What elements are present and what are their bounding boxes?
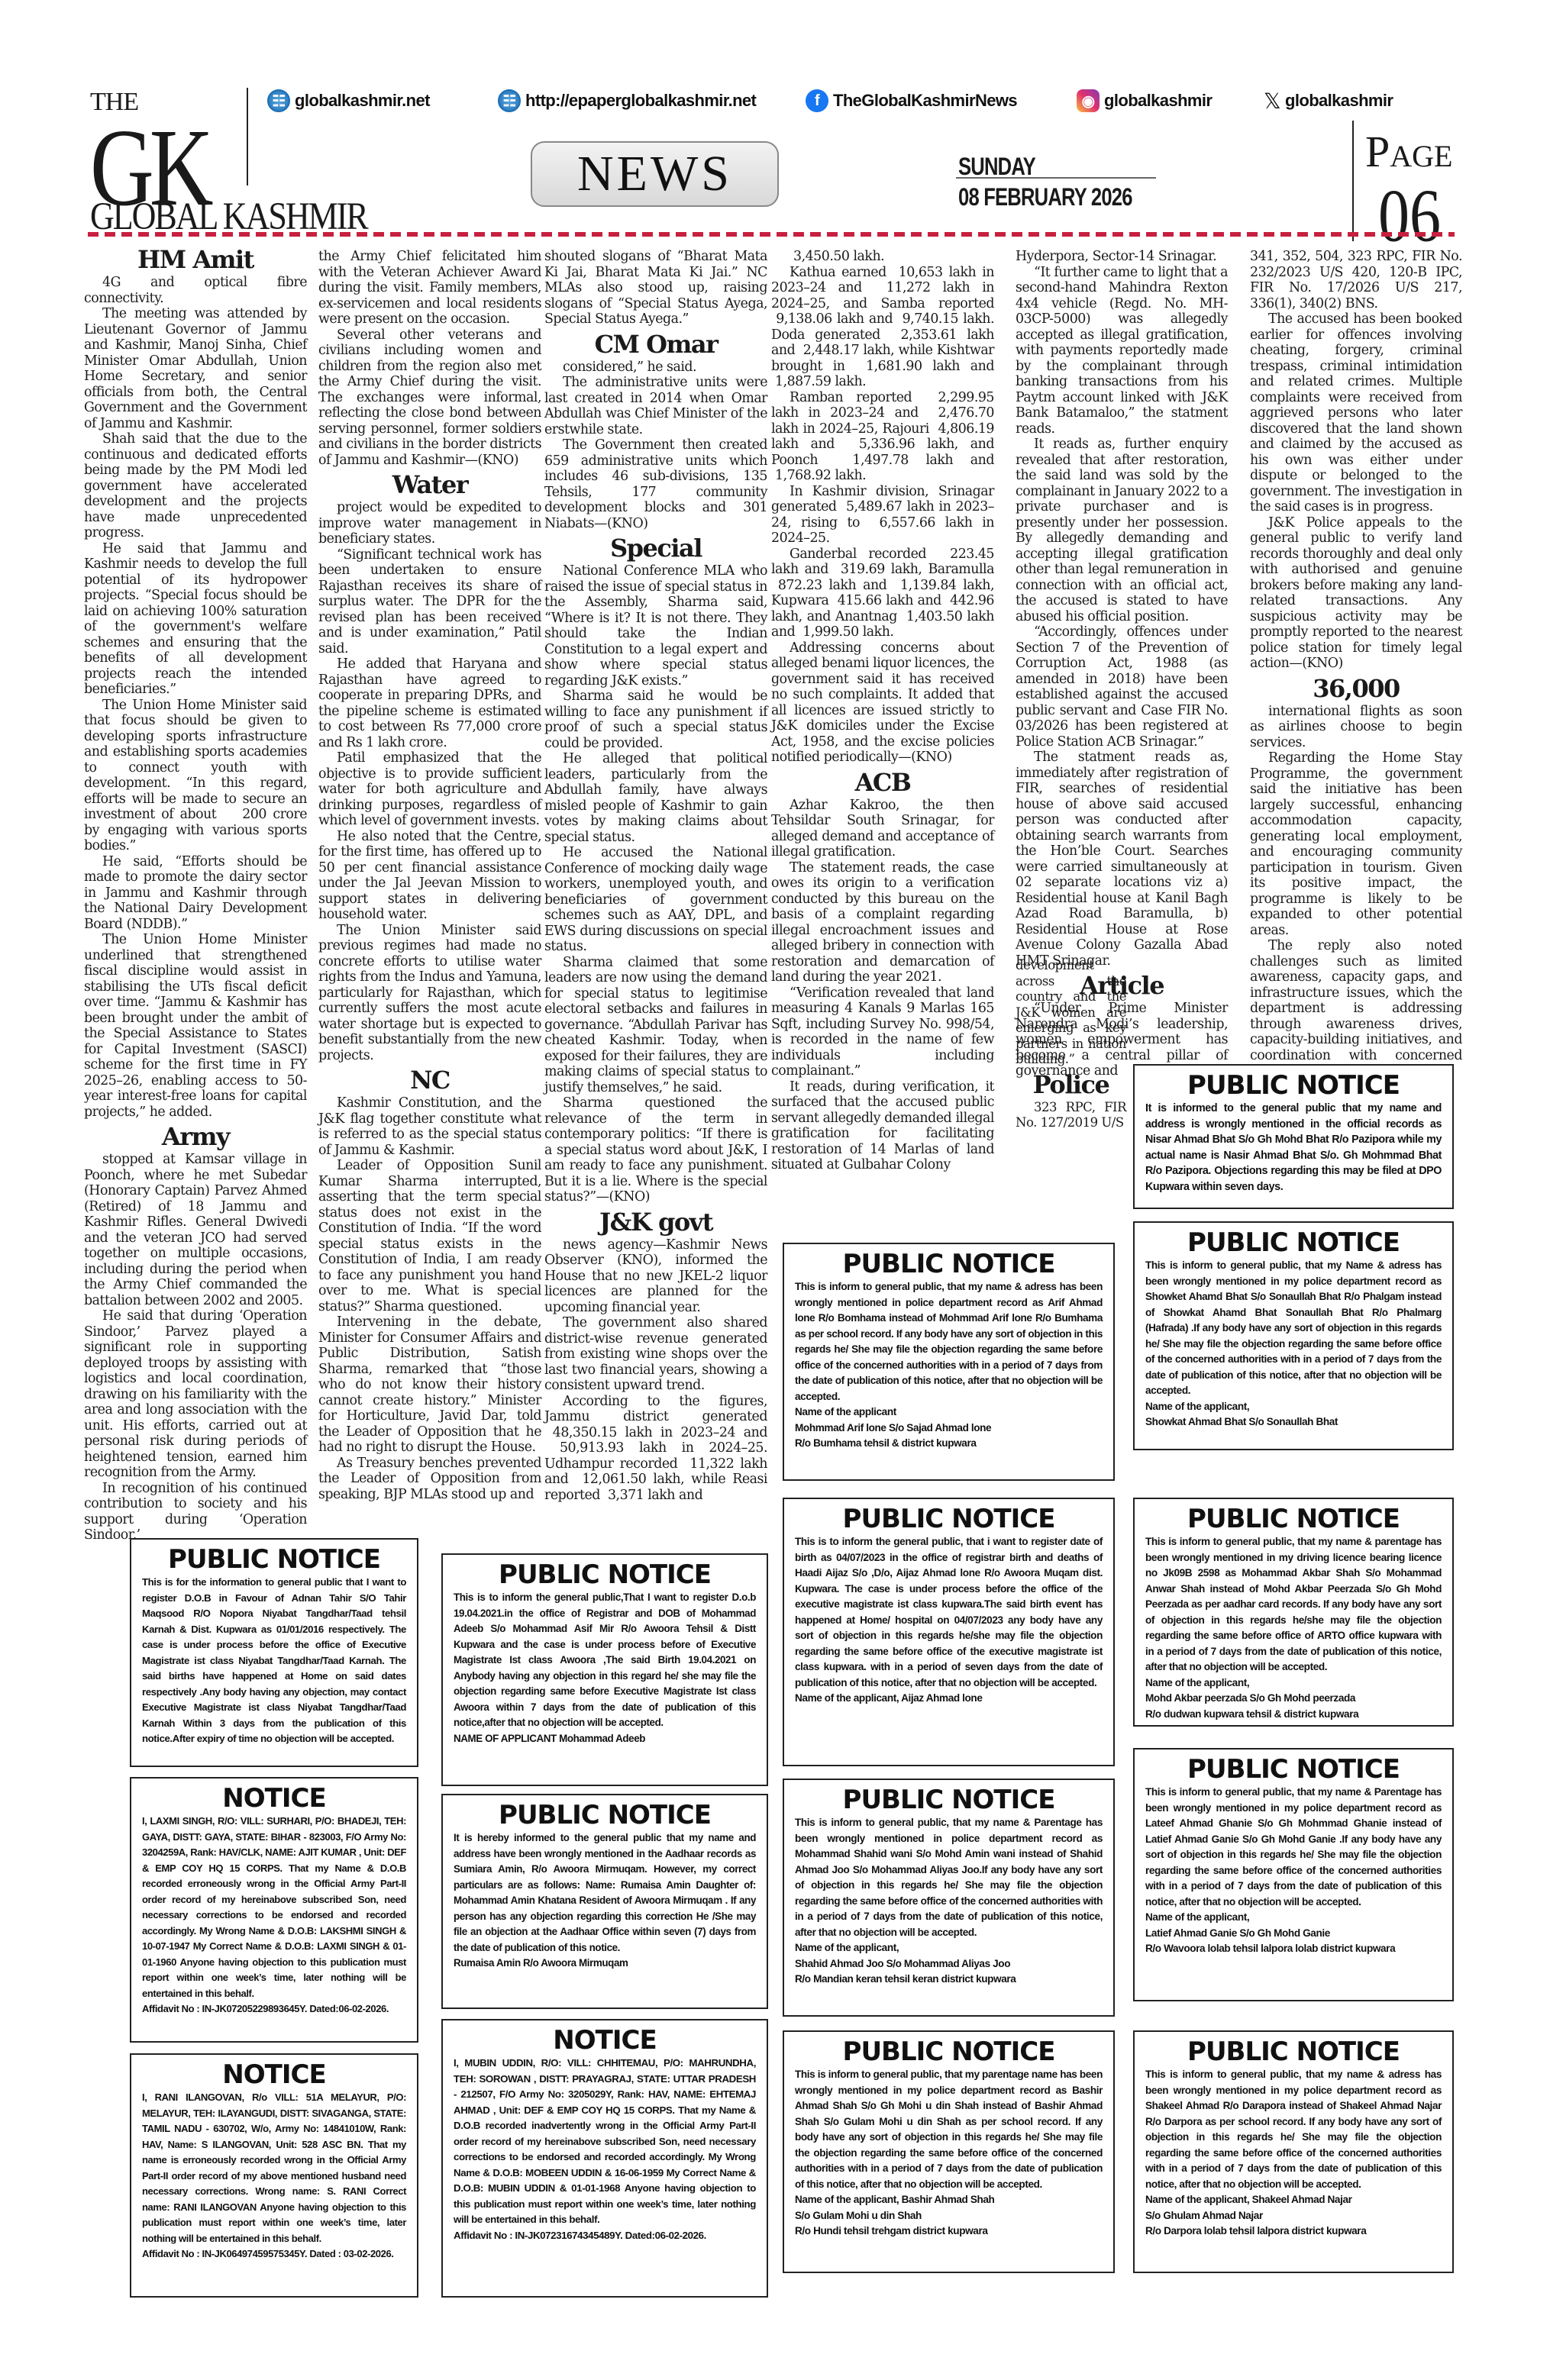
notice-title: PUBLIC NOTICE [795, 1504, 1103, 1534]
notice-body: I, MUBIN UDDIN, R/O: VILL: CHHITEMAU, P/… [454, 2056, 756, 2228]
masthead-dashed-rule [88, 232, 1455, 237]
applicant-line: R/o Darpora lolab tehsil lalpora distric… [1145, 2224, 1442, 2240]
paragraph: According to the figures, Jammu district… [544, 1394, 767, 1504]
public-notice-nisar-bhat: PUBLIC NOTICE It is informed to the gene… [1133, 1064, 1454, 1209]
paragraph: Kashmir Constitution, and the J&K flag t… [318, 1095, 541, 1158]
paragraph: The administrative units were last creat… [544, 375, 767, 437]
notice-title: PUBLIC NOTICE [795, 2037, 1103, 2067]
notice-rani-ilangovan: NOTICE I, RANI ILANGOVAN, R/o VILL: 51A … [130, 2053, 418, 2298]
article-column-5: Hyderpora, Sector-14 Srinagar. “It furth… [1016, 249, 1228, 1079]
paragraph: development across the country and the J… [1016, 958, 1126, 1068]
applicant-line: Latief Ahmad Ganie S/o Gh Mohd Ganie [1145, 1926, 1442, 1942]
paragraph: As Treasury benches prevented the Leader… [318, 1456, 541, 1503]
notice-body: This is inform to general public, that m… [795, 1815, 1103, 1940]
public-notice-mohammad-adeeb: PUBLIC NOTICE This is to inform the gene… [441, 1553, 768, 1786]
notice-body: This is for the information to general p… [142, 1575, 406, 1747]
public-notice-shahid-joo: PUBLIC NOTICE This is inform to general … [783, 1779, 1115, 2017]
notice-title: PUBLIC NOTICE [454, 1559, 756, 1590]
notice-body: This is inform to general public, that m… [1145, 2067, 1442, 2192]
notice-body: I, LAXMI SINGH, R/O: VILL: SURHARI, P/O:… [142, 1814, 406, 2001]
paragraph: “Significant technical work has been und… [318, 547, 541, 657]
affidavit-line: Affidavit No : IN-JK07205229893645Y. Dat… [142, 2001, 406, 2017]
x-icon: 𝕏 [1264, 89, 1280, 112]
paragraph: Ganderbal recorded 223.45 lakh and 319.6… [771, 547, 994, 640]
paragraph: He accused the National Conference of mo… [544, 845, 767, 955]
paragraph: Regarding the Home Stay Programme, the g… [1250, 750, 1462, 938]
article-column-2: the Army Chief felicitated him with the … [318, 249, 541, 1502]
paragraph: 341, 352, 504, 323 RPC, FIR No. 232/2023… [1250, 249, 1462, 311]
article-column-1: HM Amit 4G and optical fibre connectivit… [84, 243, 307, 1543]
applicant-line: R/o dudwan kupwara tehsil & district kup… [1145, 1707, 1442, 1723]
date-divider [956, 177, 1156, 179]
paragraph: The statment reads as, immediately after… [1016, 750, 1228, 969]
applicant-line: Name of the applicant, [795, 1940, 1103, 1956]
notice-title: PUBLIC NOTICE [454, 1800, 756, 1830]
notice-title: PUBLIC NOTICE [1145, 2037, 1442, 2067]
public-notice-showkat-bhat: PUBLIC NOTICE This is inform to general … [1133, 1221, 1454, 1450]
notice-laxmi-singh: NOTICE I, LAXMI SINGH, R/O: VILL: SURHAR… [130, 1777, 418, 2043]
website-link-text: globalkashmir.net [295, 91, 430, 111]
public-notice-latief-ganie: PUBLIC NOTICE This is inform to general … [1133, 1748, 1454, 2001]
applicant-line: Name of the applicant, [1145, 1910, 1442, 1926]
paragraph: Ramban reported 2,299.95 lakh in 2023–24… [771, 390, 994, 484]
notice-body: I, RANI ILANGOVAN, R/o VILL: 51A MELAYUR… [142, 2090, 406, 2246]
paragraph: The Union Home Minister said that focus … [84, 698, 307, 854]
applicant-line: S/o Ghulam Ahmad Najar [1145, 2208, 1442, 2224]
paragraph: In recognition of his continued contribu… [84, 1481, 307, 1543]
paragraph: considered,” he said. [544, 360, 767, 376]
paragraph: He alleged that political leaders, parti… [544, 751, 767, 845]
instagram-icon: ◉ [1077, 89, 1100, 112]
headline-police: Police [1016, 1069, 1126, 1100]
headline-water: Water [318, 469, 541, 500]
x-link-text: globalkashmir [1285, 91, 1393, 111]
applicant-line: R/o Hundi tehsil trehgam district kupwar… [795, 2224, 1103, 2240]
article-column-5-narrow: development across the country and the J… [1016, 958, 1126, 1131]
paragraph: “Verification revealed that land measuri… [771, 985, 994, 1079]
affidavit-line: Affidavit No : IN-JK07231674345489Y. Dat… [454, 2228, 756, 2244]
notice-title: NOTICE [454, 2025, 756, 2056]
notice-title: PUBLIC NOTICE [795, 1785, 1103, 1815]
applicant-line: R/o Bumhama tehsil & district kupwara [795, 1436, 1103, 1452]
x-link[interactable]: 𝕏 globalkashmir [1264, 85, 1393, 116]
paragraph: Kathua earned 10,653 lakh in 2023–24 and… [771, 265, 994, 390]
paragraph: Intervening in the debate, Minister for … [318, 1314, 541, 1456]
paragraph: It reads, during verification, it surfac… [771, 1079, 994, 1173]
paragraph: He said that Jammu and Kashmir needs to … [84, 541, 307, 698]
paragraph: National Conference MLA who raised the i… [544, 563, 767, 689]
public-notice-arif-lone: PUBLIC NOTICE This is inform to general … [783, 1243, 1115, 1481]
facebook-link-text: TheGlobalKashmirNews [833, 91, 1017, 111]
public-notice-akbar-peerzada: PUBLIC NOTICE This is inform to general … [1133, 1498, 1454, 1727]
applicant-line: Mohd Akbar peerzada S/o Gh Mohd peerzada [1145, 1691, 1442, 1707]
applicant-line: Name of the applicant, Shakeel Ahmad Naj… [1145, 2192, 1442, 2208]
notice-title: PUBLIC NOTICE [1145, 1754, 1442, 1785]
paragraph: Several other veterans and civilians inc… [318, 327, 541, 469]
headline-nc: NC [318, 1065, 541, 1095]
public-notice-rumaisa-amin: PUBLIC NOTICE It is hereby informed to t… [441, 1794, 768, 2009]
paragraph: Addressing concerns about alleged benami… [771, 640, 994, 766]
paragraph: international flights as soon as airline… [1250, 704, 1462, 751]
public-notice-shakeel-najar: PUBLIC NOTICE This is inform to general … [1133, 2030, 1454, 2273]
affidavit-line: Affidavit No : IN-JK06497459575345Y. Dat… [142, 2246, 406, 2262]
paragraph: stopped at Kamsar village in Poonch, whe… [84, 1152, 307, 1308]
notice-body: It is informed to the general public tha… [1145, 1101, 1442, 1195]
notice-body: This is to inform the general public, th… [795, 1534, 1103, 1691]
applicant-line: NAME OF APPLICANT Mohammad Adeeb [454, 1731, 756, 1747]
applicant-line: Mohmmad Arif lone S/o Sajad Ahmad lone [795, 1421, 1103, 1437]
notice-title: PUBLIC NOTICE [795, 1249, 1103, 1279]
paragraph: He also noted that the Centre, for the f… [318, 829, 541, 923]
paragraph: The Government then created 659 administ… [544, 437, 767, 531]
paragraph: The reply also noted challenges such as … [1250, 938, 1462, 1079]
notice-body: It is hereby informed to the general pub… [454, 1830, 756, 1956]
paragraph: 323 RPC, FIR No. 127/2019 U/S [1016, 1100, 1126, 1131]
globe-icon: ☷ [498, 89, 521, 112]
applicant-line: Name of the applicant, Bashir Ahmad Shah [795, 2192, 1103, 2208]
paragraph: news agency—Kashmir News Observer (KNO),… [544, 1237, 767, 1316]
paragraph: 4G and optical fibre connectivity. [84, 275, 307, 306]
headline-acb: ACB [771, 767, 994, 798]
epaper-link-text: http://epaperglobalkashmir.net [525, 91, 756, 111]
notice-mubin-uddin: NOTICE I, MUBIN UDDIN, R/O: VILL: CHHITE… [441, 2019, 768, 2298]
applicant-line: Rumaisa Amin R/o Awoora Mirmuqam [454, 1956, 756, 1972]
paragraph: project would be expedited to improve wa… [318, 500, 541, 547]
applicant-line: Showkat Ahmad Bhat S/o Sonaullah Bhat [1145, 1414, 1442, 1430]
public-notice-aijaz-lone: PUBLIC NOTICE This is to inform the gene… [783, 1498, 1115, 1766]
page-divider [1352, 121, 1354, 241]
notice-title: PUBLIC NOTICE [142, 1544, 406, 1575]
article-column-3: shouted slogans of “Bharat Mata Ki Jai, … [544, 249, 767, 1503]
website-link[interactable]: ☷ globalkashmir.net [267, 85, 430, 116]
paragraph: “Accordingly, offences under Section 7 o… [1016, 624, 1228, 750]
notice-body: This is inform to general public, that m… [1145, 1534, 1442, 1675]
paragraph: Shah said that the due to the continuous… [84, 431, 307, 541]
paragraph: shouted slogans of “Bharat Mata Ki Jai, … [544, 249, 767, 327]
instagram-link-text: globalkashmir [1104, 91, 1212, 111]
facebook-link[interactable]: f TheGlobalKashmirNews [806, 85, 1017, 116]
applicant-line: Name of the applicant, Aijaz Ahmad lone [795, 1691, 1103, 1707]
instagram-link[interactable]: ◉ globalkashmir [1077, 85, 1212, 116]
paragraph: the Army Chief felicitated him with the … [318, 249, 541, 327]
notice-body: This is inform to general public, that m… [795, 1279, 1103, 1404]
paragraph: Patil emphasized that the objective is t… [318, 750, 541, 829]
applicant-line: Name of the applicant, [1145, 1675, 1442, 1691]
logo-divider [247, 88, 248, 185]
article-column-4: 3,450.50 lakh. Kathua earned 10,653 lakh… [771, 249, 994, 1173]
public-notice-adnan-tahir: PUBLIC NOTICE This is for the informatio… [130, 1538, 418, 1767]
applicant-line: R/o Wavoora lolab tehsil lalpora lolab d… [1145, 1941, 1442, 1957]
paragraph: He added that Haryana and Rajasthan have… [318, 656, 541, 750]
public-notice-bashir-shah: PUBLIC NOTICE This is inform to general … [783, 2030, 1115, 2273]
paragraph: The statement reads, the case owes its o… [771, 860, 994, 985]
headline-jk-govt: J&K govt [544, 1207, 767, 1237]
headline-36000: 36,000 [1250, 673, 1462, 704]
paragraph: J&K Police appeals to the general public… [1250, 515, 1462, 672]
headline-hm-amit: HM Amit [84, 244, 307, 275]
notice-body: This is to inform the general public,Tha… [454, 1590, 756, 1731]
paragraph: The accused has been booked earlier for … [1250, 311, 1462, 515]
notice-body: This is inform to general public, that m… [1145, 1785, 1442, 1910]
applicant-line: R/o Mandian keran tehsil keran district … [795, 1972, 1103, 1988]
facebook-icon: f [806, 89, 828, 112]
paragraph: In Kashmir division, Srinagar generated … [771, 484, 994, 547]
paragraph: “It further came to light that a second-… [1016, 265, 1228, 437]
paragraph: 3,450.50 lakh. [771, 249, 994, 265]
paragraph: The meeting was attended by Lieutenant G… [84, 306, 307, 431]
headline-special: Special [544, 533, 767, 563]
notice-title: NOTICE [142, 1783, 406, 1814]
notice-title: PUBLIC NOTICE [1145, 1227, 1442, 1258]
paragraph: Azhar Kakroo, the then Tehsildar South S… [771, 798, 994, 860]
paragraph: It reads as, further enquiry revealed th… [1016, 437, 1228, 624]
notice-title: PUBLIC NOTICE [1145, 1504, 1442, 1534]
notice-title: NOTICE [142, 2059, 406, 2090]
applicant-line: Name of the applicant [795, 1404, 1103, 1421]
applicant-line: S/o Gulam Mohi u din Shah [795, 2208, 1103, 2224]
paragraph: Leader of Opposition Sunil Kumar Sharma … [318, 1158, 541, 1314]
globe-icon: ☷ [267, 89, 290, 112]
section-badge: NEWS [531, 141, 779, 207]
headline-cm-omar: CM Omar [544, 329, 767, 360]
paragraph: The Union Home Minister underlined that … [84, 932, 307, 1120]
paragraph: Sharma claimed that some leaders are now… [544, 955, 767, 1096]
epaper-link[interactable]: ☷ http://epaperglobalkashmir.net [498, 85, 756, 116]
applicant-line: Name of the applicant, [1145, 1399, 1442, 1415]
notice-body: This is inform to general public, that m… [795, 2067, 1103, 2192]
headline-army: Army [84, 1121, 307, 1152]
paragraph: Sharma questioned the relevance of the t… [544, 1095, 767, 1205]
applicant-line: Shahid Ahmad Joo S/o Mohammad Aliyas Joo [795, 1956, 1103, 1972]
notice-title: PUBLIC NOTICE [1145, 1070, 1442, 1101]
paragraph: The government also shared district-wise… [544, 1315, 767, 1394]
paragraph: He said that during ‘Operation Sindoor,’… [84, 1308, 307, 1481]
paragraph: He said, “Efforts should be made to prom… [84, 854, 307, 933]
article-column-6: 341, 352, 504, 323 RPC, FIR No. 232/2023… [1250, 249, 1462, 1079]
page-number: 06 [1378, 179, 1441, 253]
paragraph: Hyderpora, Sector-14 Srinagar. [1016, 249, 1228, 265]
paragraph: The Union Minister said previous regimes… [318, 923, 541, 1064]
paragraph: Sharma said he would be willing to face … [544, 689, 767, 751]
page-label: PAGE [1365, 130, 1452, 174]
notice-body: This is inform to general public, that m… [1145, 1258, 1442, 1399]
issue-date: 08 FEBRUARY 2026 [958, 183, 1132, 211]
